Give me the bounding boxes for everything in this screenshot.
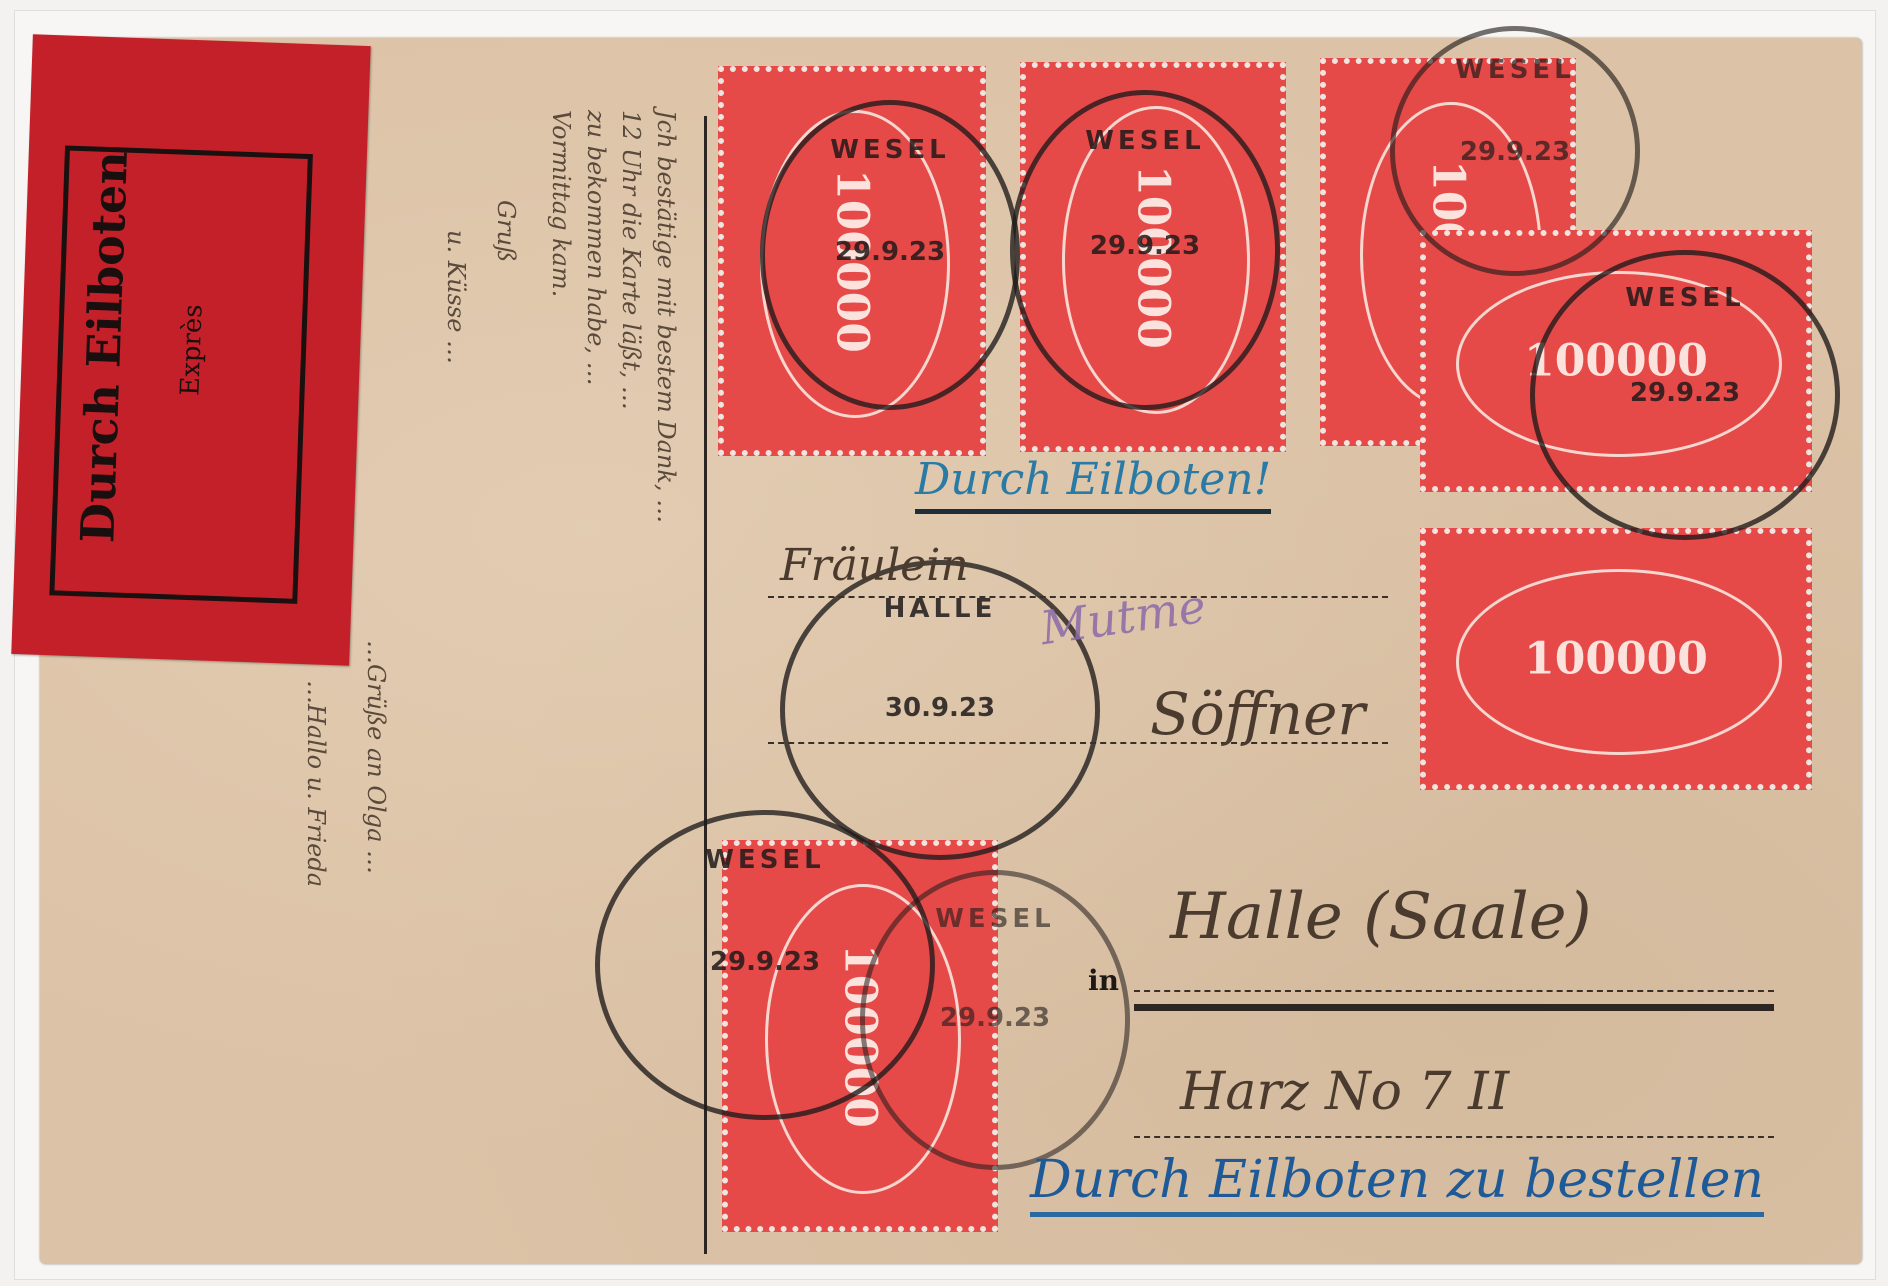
recipient-city: Halle (Saale) <box>1170 880 1592 954</box>
message-line: Gruß <box>492 200 520 262</box>
stamp: 100000 <box>1420 528 1812 790</box>
address-line-3 <box>1134 990 1774 992</box>
express-label-sub-text: Exprès <box>175 304 208 396</box>
express-note-bottom: Durch Eilboten zu bestellen <box>1030 1150 1764 1217</box>
postmark: WESEL29.9.23 <box>1010 90 1280 410</box>
postmark: WESEL29.9.23 <box>1390 26 1640 276</box>
address-rule <box>1134 1004 1774 1011</box>
message-line: u. Küsse … <box>442 230 470 364</box>
message-line: Jch bestätige mit bestem Dank, … <box>652 110 680 523</box>
in-label: in <box>1088 964 1119 997</box>
express-label: Durch Eilboten Exprès <box>11 34 370 665</box>
postmark: WESEL29.9.23 <box>1530 250 1840 540</box>
postmark: WESEL29.9.23 <box>860 870 1130 1170</box>
message-line: zu bekommen habe, … <box>582 110 610 386</box>
message-line: Vormittag kam. <box>547 110 575 297</box>
salutation: Fräulein <box>780 540 969 591</box>
address-line-4 <box>1134 1136 1774 1138</box>
express-note-top: Durch Eilboten! <box>915 454 1271 514</box>
postmark: WESEL29.9.23 <box>760 100 1020 410</box>
message-line: …Hallo u. Frieda <box>302 680 330 887</box>
recipient-name: Söffner <box>1150 680 1365 748</box>
recipient-street: Harz No 7 II <box>1180 1062 1509 1122</box>
message-line: …Grüße an Olga … <box>362 640 390 874</box>
message-line: 12 Uhr die Karte läßt, … <box>617 110 645 410</box>
